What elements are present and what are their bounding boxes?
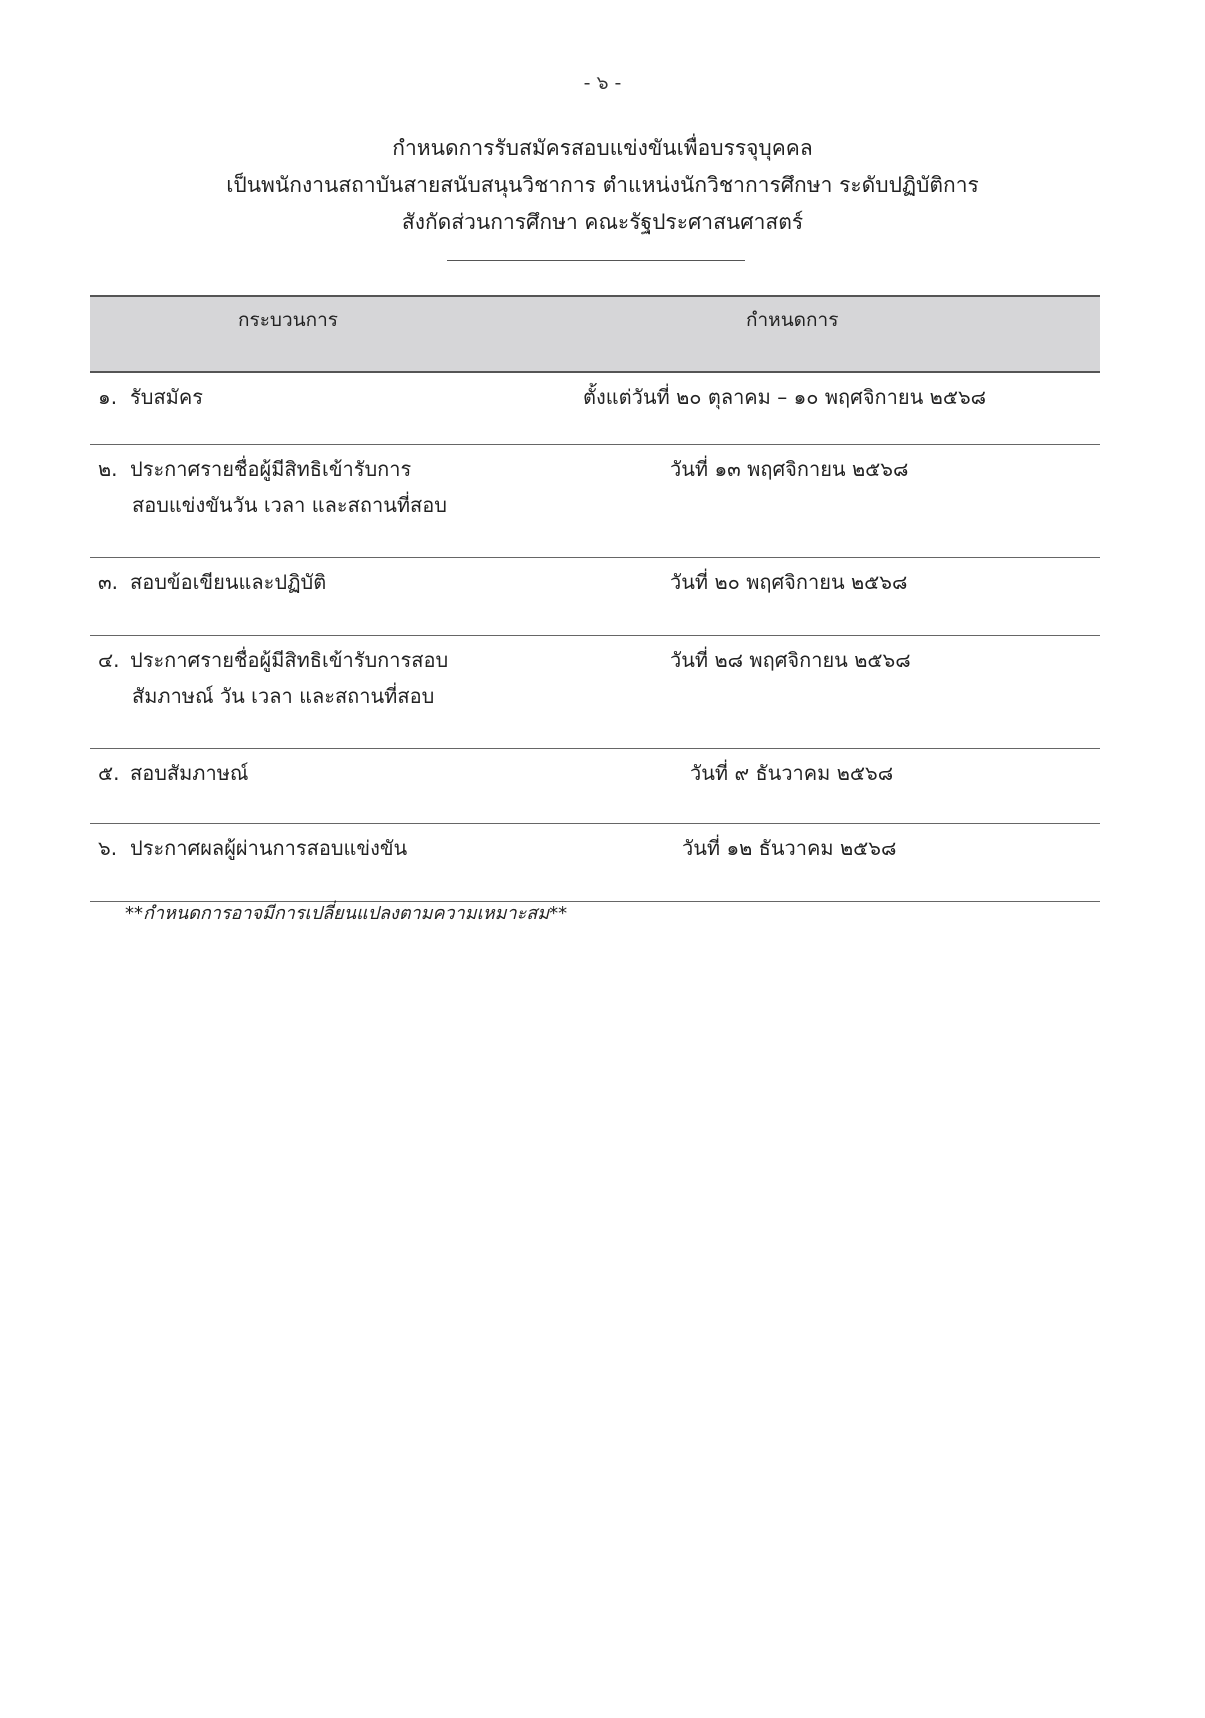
step-number: ๒. — [98, 451, 130, 487]
header-schedule: กำหนดการ — [746, 305, 838, 335]
process-cell: ๓.สอบข้อเขียนและปฏิบัติ — [98, 564, 326, 600]
process-cell: ๔.ประกาศรายชื่อผู้มีสิทธิเข้ารับการสอบ ส… — [98, 642, 448, 714]
date-cell: วันที่ ๑๒ ธันวาคม ๒๕๖๘ — [682, 830, 896, 866]
schedule-table: กระบวนการ กำหนดการ ๑.รับสมัคร ตั้งแต่วัน… — [90, 295, 1100, 902]
step-text: สอบสัมภาษณ์ — [130, 761, 248, 785]
step-number: ๔. — [98, 642, 130, 678]
table-row: ๔.ประกาศรายชื่อผู้มีสิทธิเข้ารับการสอบ ส… — [90, 636, 1100, 749]
date-cell: วันที่ ๒๐ พฤศจิกายน ๒๕๖๘ — [670, 564, 907, 600]
date-cell: วันที่ ๙ ธันวาคม ๒๕๖๘ — [690, 755, 893, 791]
date-cell: ตั้งแต่วันที่ ๒๐ ตุลาคม – ๑๐ พฤศจิกายน ๒… — [583, 379, 986, 415]
header-process: กระบวนการ — [238, 305, 338, 335]
table-header: กระบวนการ กำหนดการ — [90, 295, 1100, 373]
step-number: ๑. — [98, 379, 130, 415]
table-row: ๕.สอบสัมภาษณ์ วันที่ ๙ ธันวาคม ๒๕๖๘ — [90, 749, 1100, 824]
title-line-1: กำหนดการรับสมัครสอบแข่งขันเพื่อบรรจุบุคค… — [0, 130, 1205, 167]
process-cell: ๑.รับสมัคร — [98, 379, 203, 415]
schedule-note: **กำหนดการอาจมีการเปลี่ยนแปลงตามความเหมา… — [125, 898, 567, 927]
table-row: ๒.ประกาศรายชื่อผู้มีสิทธิเข้ารับการ สอบแ… — [90, 445, 1100, 558]
step-number: ๓. — [98, 564, 130, 600]
step-text: ประกาศรายชื่อผู้มีสิทธิเข้ารับการสอบ — [130, 648, 448, 672]
step-text: ประกาศผลผู้ผ่านการสอบแข่งขัน — [130, 836, 407, 860]
title-line-3: สังกัดส่วนการศึกษา คณะรัฐประศาสนศาสตร์ — [0, 204, 1205, 241]
step-number: ๖. — [98, 830, 130, 866]
table-row: ๑.รับสมัคร ตั้งแต่วันที่ ๒๐ ตุลาคม – ๑๐ … — [90, 373, 1100, 445]
step-text-cont: สัมภาษณ์ วัน เวลา และสถานที่สอบ — [98, 678, 448, 714]
process-cell: ๖.ประกาศผลผู้ผ่านการสอบแข่งขัน — [98, 830, 407, 866]
title-line-2: เป็นพนักงานสถาบันสายสนับสนุนวิชาการ ตำแห… — [0, 167, 1205, 204]
table-row: ๖.ประกาศผลผู้ผ่านการสอบแข่งขัน วันที่ ๑๒… — [90, 824, 1100, 902]
table-row: ๓.สอบข้อเขียนและปฏิบัติ วันที่ ๒๐ พฤศจิก… — [90, 558, 1100, 636]
step-text: ประกาศรายชื่อผู้มีสิทธิเข้ารับการ — [130, 457, 411, 481]
document-title: กำหนดการรับสมัครสอบแข่งขันเพื่อบรรจุบุคค… — [0, 130, 1205, 241]
page-number: - ๖ - — [0, 68, 1205, 98]
process-cell: ๒.ประกาศรายชื่อผู้มีสิทธิเข้ารับการ สอบแ… — [98, 451, 447, 523]
step-text: สอบข้อเขียนและปฏิบัติ — [130, 570, 326, 594]
title-divider — [447, 260, 745, 261]
date-cell: วันที่ ๑๓ พฤศจิกายน ๒๕๖๘ — [670, 451, 908, 487]
step-text: รับสมัคร — [130, 385, 203, 409]
step-number: ๕. — [98, 755, 130, 791]
step-text-cont: สอบแข่งขันวัน เวลา และสถานที่สอบ — [98, 487, 447, 523]
date-cell: วันที่ ๒๘ พฤศจิกายน ๒๕๖๘ — [670, 642, 911, 678]
process-cell: ๕.สอบสัมภาษณ์ — [98, 755, 248, 791]
